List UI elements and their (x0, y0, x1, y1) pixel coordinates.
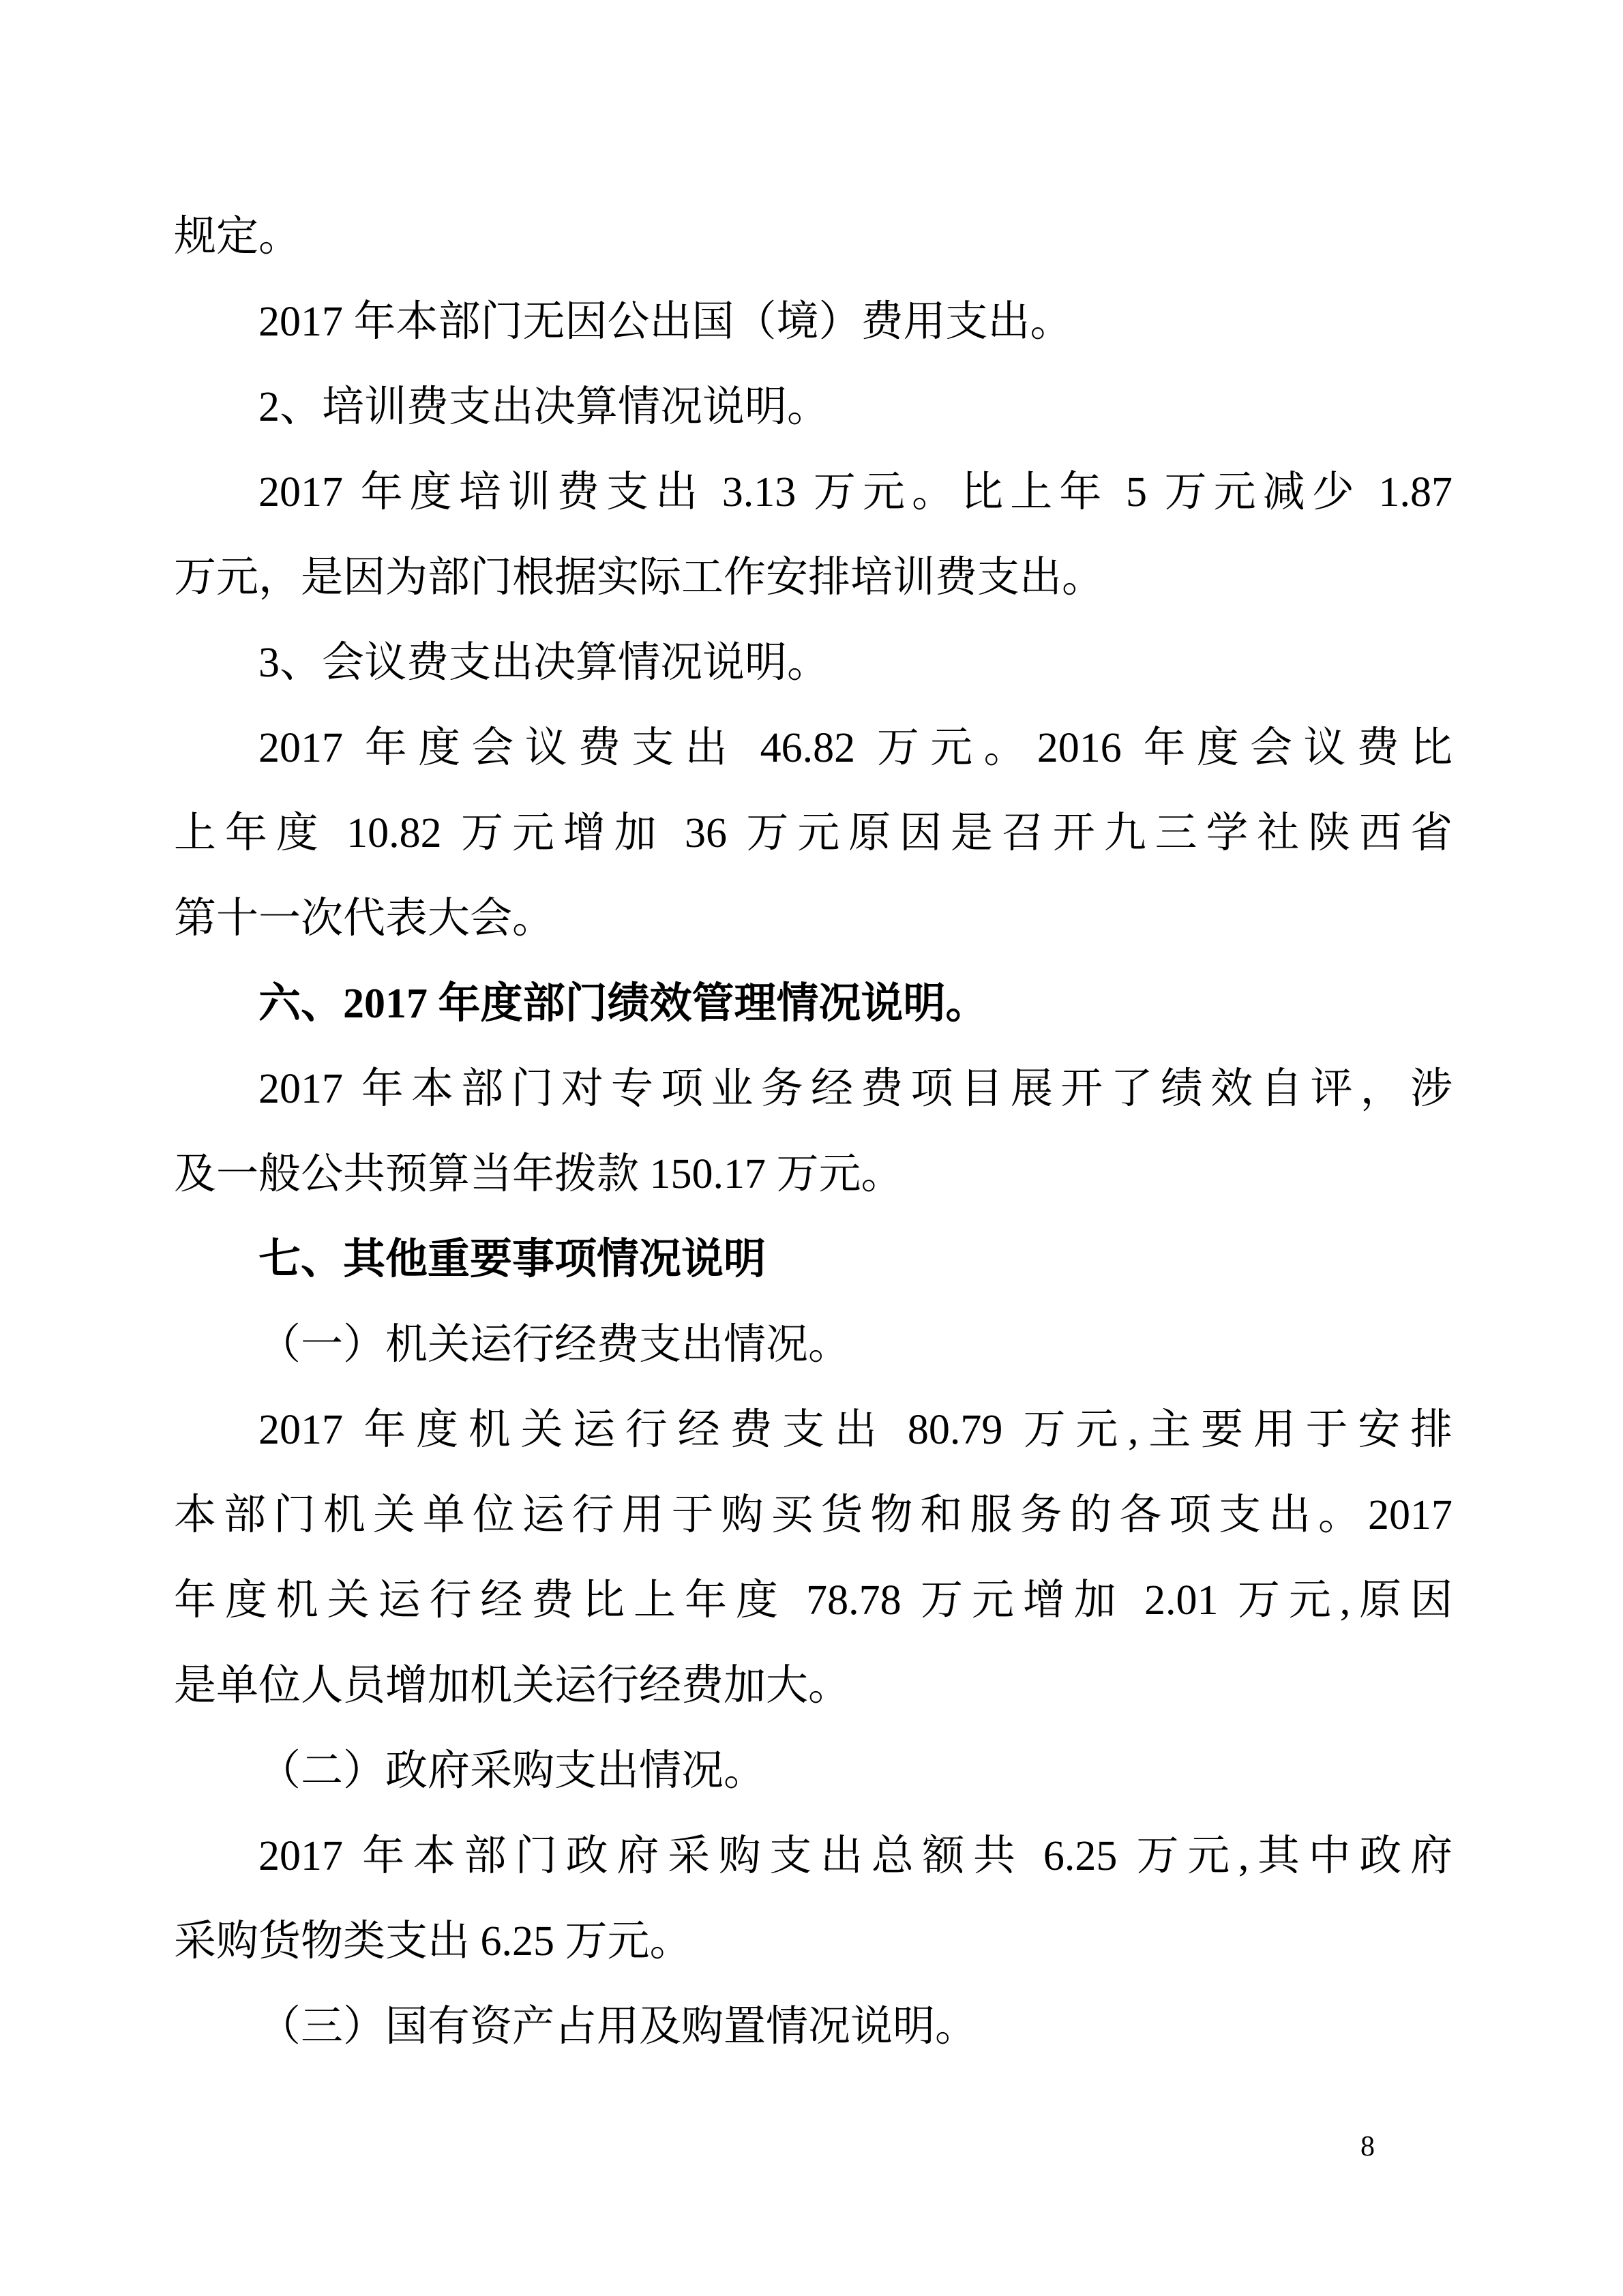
text-line: 及一般公共预算当年拨款 150.17 万元。 (174, 1132, 1453, 1217)
text-line: 规定。 (174, 194, 1453, 280)
text-line: 是单位人员增加机关运行经费加大。 (174, 1643, 1453, 1729)
text-line: （一）机关运行经费支出情况。 (174, 1302, 1453, 1388)
text-line: （二）政府采购支出情况。 (174, 1729, 1453, 1814)
text-line: 采购货物类支出 6.25 万元。 (174, 1899, 1453, 1984)
document-text-body: 规定。2017 年本部门无因公出国（境）费用支出。2、培训费支出决算情况说明。2… (174, 194, 1453, 2070)
text-line: 第十一次代表大会。 (174, 876, 1453, 961)
text-line: 2017 年度会议费支出 46.82 万元。2016 年度会议费比 (174, 706, 1453, 791)
text-line: 2017 年本部门无因公出国（境）费用支出。 (174, 280, 1453, 365)
text-line: 2017 年度培训费支出 3.13 万元。比上年 5 万元减少 1.87 (174, 450, 1453, 535)
text-line: 本部门机关单位运行用于购买货物和服务的各项支出。2017 (174, 1473, 1453, 1558)
text-line: 上年度 10.82 万元增加 36 万元原因是召开九三学社陕西省 (174, 791, 1453, 876)
text-line: 2017 年本部门政府采购支出总额共 6.25 万元,其中政府 (174, 1814, 1453, 1899)
text-line: 2、培训费支出决算情况说明。 (174, 365, 1453, 450)
text-line: 年度机关运行经费比上年度 78.78 万元增加 2.01 万元,原因 (174, 1558, 1453, 1643)
page-number: 8 (1360, 2126, 1375, 2167)
text-line: 2017 年度机关运行经费支出 80.79 万元,主要用于安排 (174, 1388, 1453, 1473)
text-line: 2017 年本部门对专项业务经费项目展开了绩效自评，涉 (174, 1047, 1453, 1132)
heading-line: 七、其他重要事项情况说明 (174, 1217, 1453, 1302)
text-line: 万元，是因为部门根据实际工作安排培训费支出。 (174, 535, 1453, 621)
text-line: （三）国有资产占用及购置情况说明。 (174, 1984, 1453, 2070)
text-line: 3、会议费支出决算情况说明。 (174, 621, 1453, 706)
heading-line: 六、2017 年度部门绩效管理情况说明。 (174, 961, 1453, 1047)
document-page: 规定。2017 年本部门无因公出国（境）费用支出。2、培训费支出决算情况说明。2… (0, 0, 1623, 2296)
